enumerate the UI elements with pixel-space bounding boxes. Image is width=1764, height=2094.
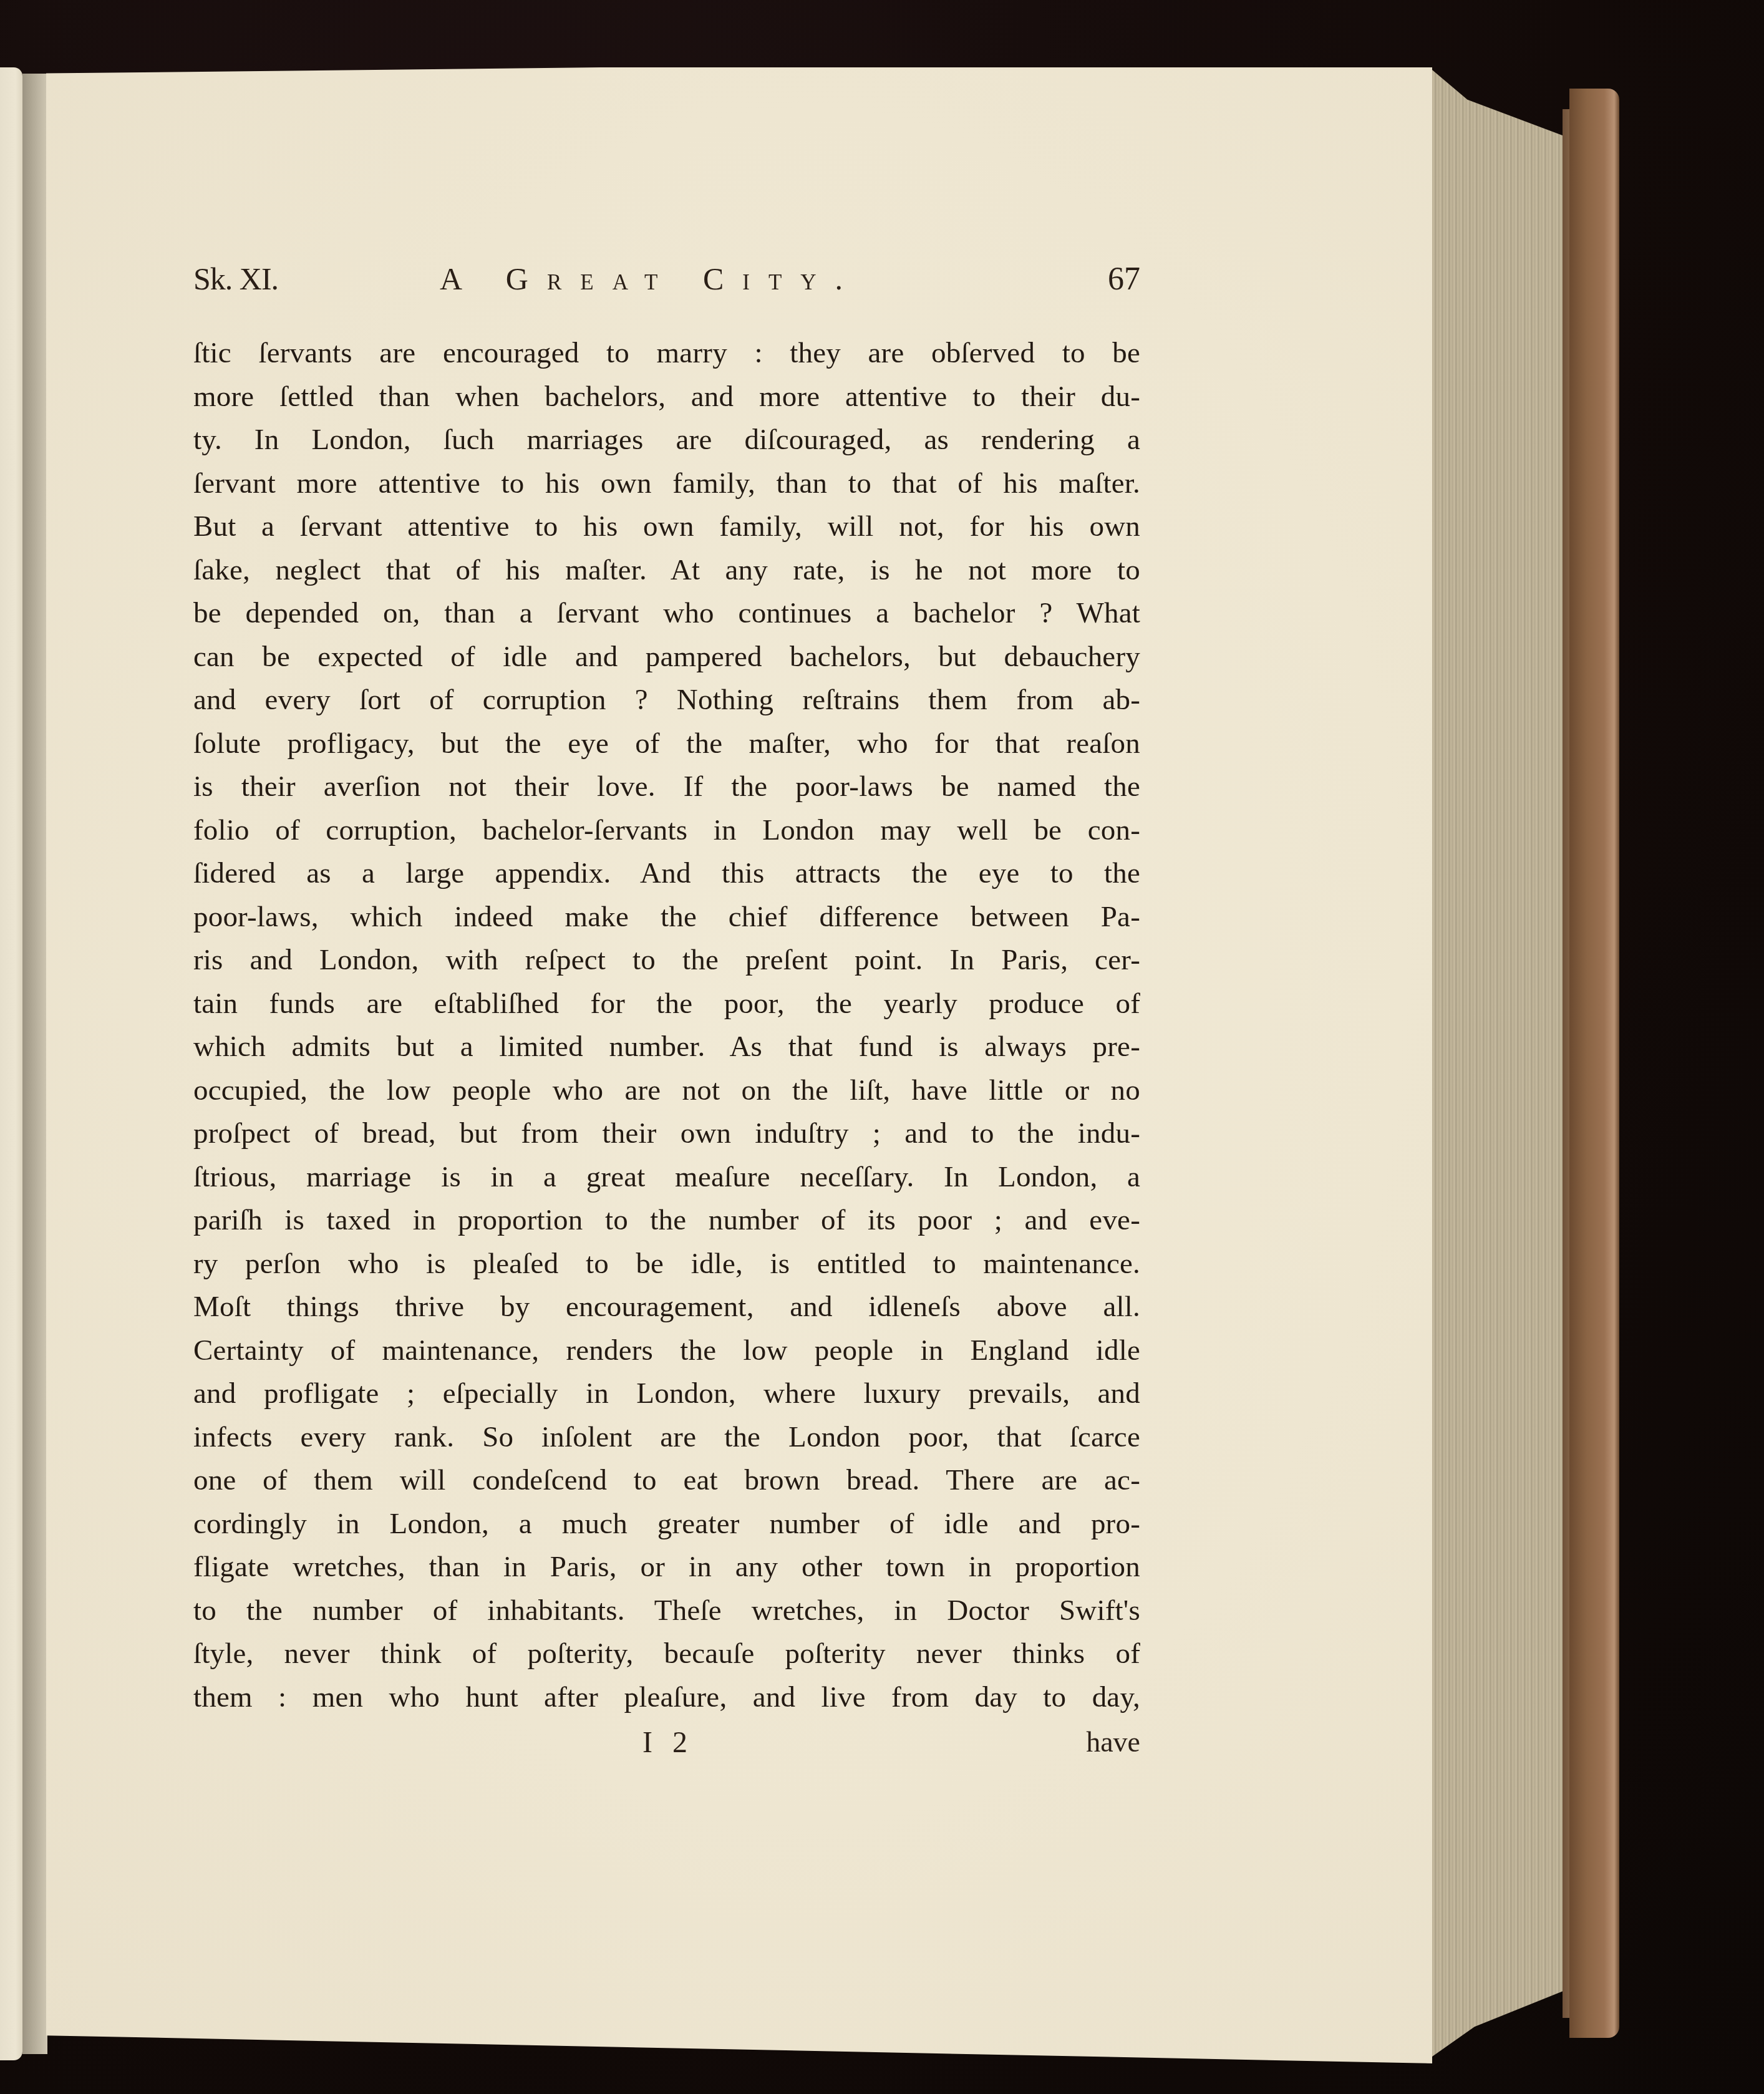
catchword: have [1086, 1725, 1140, 1758]
text-line: tain funds are eſtabliſhed for the poor,… [193, 982, 1140, 1026]
text-line: proſpect of bread, but from their own in… [193, 1112, 1140, 1156]
text-line: ty. In London, ſuch marriages are diſcou… [193, 419, 1140, 462]
text-line: ſolute profligacy, but the eye of the ma… [193, 722, 1140, 766]
text-line: and every ſort of corruption ? Nothing r… [193, 679, 1140, 722]
text-line: ſtrious, marriage is in a great meaſure … [193, 1156, 1140, 1200]
text-line: ſtyle, never think of poſterity, becauſe… [193, 1632, 1140, 1676]
text-line: ſidered as a large appendix. And this at… [193, 852, 1140, 896]
text-line: folio of corruption, bachelor-ſervants i… [193, 809, 1140, 853]
text-line: cordingly in London, a much greater numb… [193, 1503, 1140, 1546]
text-line: poor-laws, which indeed make the chief d… [193, 896, 1140, 939]
leather-cover [1569, 89, 1619, 2038]
text-line: ſake, neglect that of his maſter. At any… [193, 549, 1140, 593]
section-label: Sk. XI. [193, 261, 278, 297]
text-line: fligate wretches, than in Paris, or in a… [193, 1546, 1140, 1589]
text-line: ry perſon who is pleaſed to be idle, is … [193, 1243, 1140, 1286]
page-number: 67 [1108, 261, 1140, 298]
text-line: is their averſion not their love. If the… [193, 765, 1140, 809]
text-line: which admits but a limited number. As th… [193, 1025, 1140, 1069]
text-line: But a ſervant attentive to his own famil… [193, 505, 1140, 549]
text-line: ris and London, with reſpect to the preſ… [193, 939, 1140, 982]
chapter-title: A Great City. [440, 261, 861, 297]
text-line: infects every rank. So inſolent are the … [193, 1416, 1140, 1460]
running-head: Sk. XI. A Great City. 67 [193, 261, 1140, 304]
text-line: more ſettled than when bachelors, and mo… [193, 376, 1140, 419]
text-line: and profligate ; eſpecially in London, w… [193, 1372, 1140, 1416]
signature-mark: I 2 [642, 1725, 694, 1760]
text-line: pariſh is taxed in proportion to the num… [193, 1199, 1140, 1243]
text-line: ſtic ſervants are encouraged to marry : … [193, 332, 1140, 376]
body-text: ſtic ſervants are encouraged to marry : … [193, 332, 1140, 1719]
text-line: ſervant more attentive to his own family… [193, 462, 1140, 506]
text-line: can be expected of idle and pampered bac… [193, 636, 1140, 679]
previous-page-edge [0, 67, 22, 2060]
gutter-shadow [22, 74, 47, 2054]
text-line: occupied, the low people who are not on … [193, 1069, 1140, 1113]
text-line: them : men who hunt after pleaſure, and … [193, 1676, 1140, 1720]
text-line: be depended on, than a ſervant who conti… [193, 592, 1140, 636]
text-line: Moſt things thrive by encouragement, and… [193, 1286, 1140, 1329]
text-line: to the number of inhabitants. Theſe wret… [193, 1589, 1140, 1633]
text-line: Certainty of maintenance, renders the lo… [193, 1329, 1140, 1373]
page-edges-stack [1432, 70, 1573, 2057]
text-line: one of them will condeſcend to eat brown… [193, 1459, 1140, 1503]
